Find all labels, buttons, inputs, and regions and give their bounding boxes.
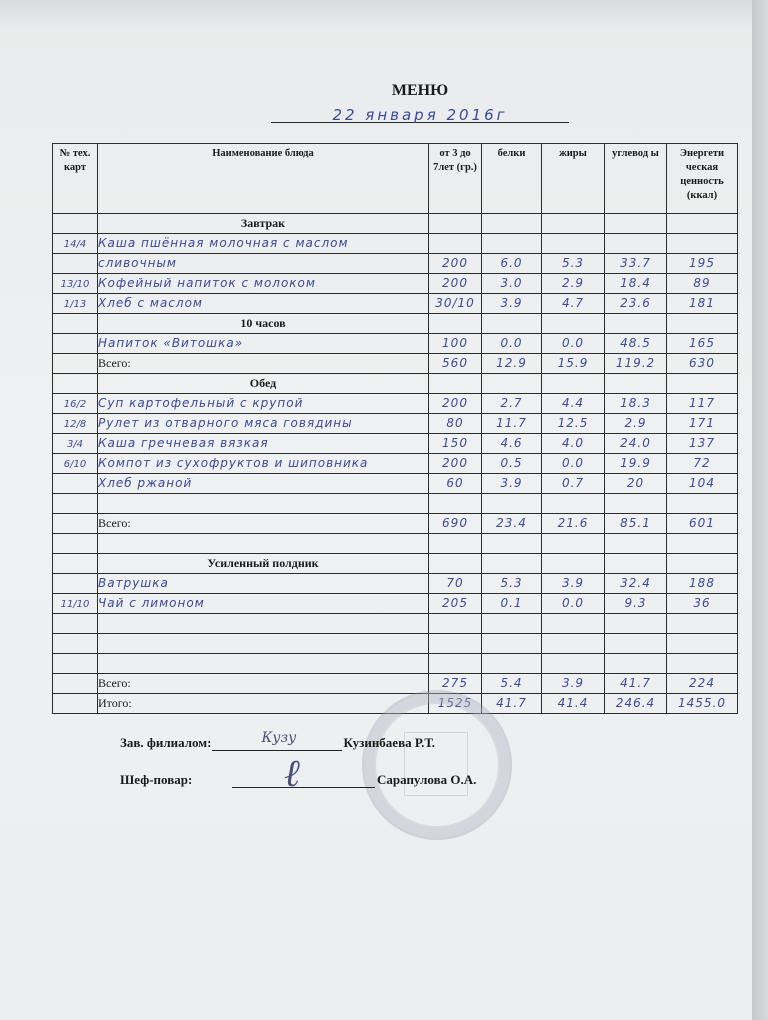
header-portion: от 3 до 7лет (гр.): [429, 144, 482, 214]
menu-table: № тех. карт Наименование блюда от 3 до 7…: [52, 143, 738, 714]
cell-portion: 150: [429, 434, 482, 454]
cell-portion: 100: [429, 334, 482, 354]
total-protein: 12.9: [482, 354, 542, 374]
total-row: Всего:56012.915.9119.2630: [53, 354, 738, 374]
table-row: 11/10Чай с лимоном2050.10.09.336: [53, 594, 738, 614]
cell-fat: 4.7: [542, 294, 605, 314]
cell-carbs: 20: [605, 474, 667, 494]
cell-protein: 0.0: [482, 334, 542, 354]
cell-carbs: 24.0: [605, 434, 667, 454]
dish-name: Каша гречневая вязкая: [98, 434, 429, 454]
cell-fat: 4.4: [542, 394, 605, 414]
cell-energy: 104: [667, 474, 738, 494]
total-fat: 21.6: [542, 514, 605, 534]
cell-carbs: 48.5: [605, 334, 667, 354]
table-row: 16/2Суп картофельный с крупой2002.74.418…: [53, 394, 738, 414]
card-number: [53, 514, 98, 534]
cell-protein: 5.3: [482, 574, 542, 594]
cell-energy: 188: [667, 574, 738, 594]
card-number: 3/4: [53, 434, 98, 454]
section-lunch: Обед: [98, 374, 429, 394]
menu-page: МЕНЮ 22 января 2016г № тех. карт Наимено…: [0, 0, 753, 1020]
cell-portion: 205: [429, 594, 482, 614]
total-label: Всего:: [98, 514, 429, 534]
cell-protein: 2.7: [482, 394, 542, 414]
table-row: Хлеб ржаной603.90.720104: [53, 474, 738, 494]
empty-row: [53, 634, 738, 654]
cell-protein: 3.9: [482, 294, 542, 314]
signature-chef-mark: ℓ: [284, 751, 300, 796]
cell-carbs: 18.3: [605, 394, 667, 414]
table-row: сливочным2006.05.333.7195: [53, 254, 738, 274]
cell-protein: 4.6: [482, 434, 542, 454]
signature-head-line: Кузу: [212, 736, 342, 751]
cell-carbs: 18.4: [605, 274, 667, 294]
cell-energy: 117: [667, 394, 738, 414]
cell-fat: 4.0: [542, 434, 605, 454]
signature-chef-role: Шеф-повар:: [120, 772, 232, 788]
cell-carbs: 32.4: [605, 574, 667, 594]
table-row: 12/8Рулет из отварного мяса говядины8011…: [53, 414, 738, 434]
card-number: [53, 694, 98, 714]
cell-portion: 200: [429, 454, 482, 474]
page-edge-shadow: [752, 0, 768, 1020]
cell-fat: 5.3: [542, 254, 605, 274]
cell-portion: 80: [429, 414, 482, 434]
cell-carbs: 23.6: [605, 294, 667, 314]
official-stamp: [362, 690, 512, 840]
table-row: 14/4Каша пшённая молочная с маслом: [53, 234, 738, 254]
section-breakfast: Завтрак: [98, 214, 429, 234]
header-protein: белки: [482, 144, 542, 214]
cell-fat: 0.0: [542, 334, 605, 354]
empty-row: [53, 494, 738, 514]
section-row: Усиленный полдник: [53, 554, 738, 574]
cell-protein: 0.1: [482, 594, 542, 614]
total-fat: 3.9: [542, 674, 605, 694]
total-label: Всего:: [98, 674, 429, 694]
header-card-no: № тех. карт: [53, 144, 98, 214]
header-dish-name: Наименование блюда: [98, 144, 429, 214]
cell-fat: 3.9: [542, 574, 605, 594]
dish-name: сливочным: [98, 254, 429, 274]
cell-portion: [429, 234, 482, 254]
page-title: МЕНЮ: [0, 82, 768, 100]
total-energy: 224: [667, 674, 738, 694]
table-row: 6/10Компот из сухофруктов и шиповника200…: [53, 454, 738, 474]
total-label: Итого:: [98, 694, 429, 714]
cell-fat: [542, 234, 605, 254]
card-number: [53, 674, 98, 694]
card-number: 1/13: [53, 294, 98, 314]
signature-head-mark: Кузу: [262, 730, 297, 746]
cell-fat: 0.0: [542, 594, 605, 614]
scan-shadow: [0, 0, 752, 30]
card-number: 6/10: [53, 454, 98, 474]
signature-head-role: Зав. филиалом:: [120, 735, 212, 751]
dish-name: Суп картофельный с крупой: [98, 394, 429, 414]
header-carbs: углевод ы: [605, 144, 667, 214]
total-carbs: 246.4: [605, 694, 667, 714]
cell-fat: 0.0: [542, 454, 605, 474]
section-ten-oclock: 10 часов: [98, 314, 429, 334]
total-carbs: 85.1: [605, 514, 667, 534]
header-energy: Энергети ческая ценность (ккал): [667, 144, 738, 214]
empty-row: [53, 534, 738, 554]
cell-carbs: 33.7: [605, 254, 667, 274]
cell-energy: 72: [667, 454, 738, 474]
cell-protein: 3.0: [482, 274, 542, 294]
table-row: 13/10Кофейный напиток с молоком2003.02.9…: [53, 274, 738, 294]
cell-fat: 12.5: [542, 414, 605, 434]
card-number: [53, 474, 98, 494]
cell-energy: 36: [667, 594, 738, 614]
cell-carbs: 9.3: [605, 594, 667, 614]
card-number: 16/2: [53, 394, 98, 414]
header-fat: жиры: [542, 144, 605, 214]
cell-portion: 200: [429, 394, 482, 414]
cell-energy: 181: [667, 294, 738, 314]
cell-protein: 11.7: [482, 414, 542, 434]
total-row: Всего:69023.421.685.1601: [53, 514, 738, 534]
dish-name: Напиток «Витошка»: [98, 334, 429, 354]
card-number: 14/4: [53, 234, 98, 254]
cell-protein: 0.5: [482, 454, 542, 474]
signature-head: Зав. филиалом:КузуКузинбаева Р.Т.: [120, 735, 435, 751]
total-protein: 5.4: [482, 674, 542, 694]
date-handwritten: 22 января 2016г: [332, 106, 507, 124]
table-row: Ватрушка705.33.932.4188: [53, 574, 738, 594]
dish-name: Кофейный напиток с молоком: [98, 274, 429, 294]
table-row: Напиток «Витошка»1000.00.048.5165: [53, 334, 738, 354]
cell-portion: 200: [429, 254, 482, 274]
section-row: Завтрак: [53, 214, 738, 234]
total-energy: 1455.0: [667, 694, 738, 714]
empty-row: [53, 654, 738, 674]
total-row: Всего:2755.43.941.7224: [53, 674, 738, 694]
cell-energy: 137: [667, 434, 738, 454]
cell-energy: 165: [667, 334, 738, 354]
cell-portion: 30/10: [429, 294, 482, 314]
header-row: № тех. карт Наименование блюда от 3 до 7…: [53, 144, 738, 214]
table-row: 3/4Каша гречневая вязкая1504.64.024.0137: [53, 434, 738, 454]
total-portion: 690: [429, 514, 482, 534]
signature-chef-line: ℓ: [232, 773, 375, 788]
total-energy: 630: [667, 354, 738, 374]
card-number: [53, 354, 98, 374]
signature-chef: Шеф-повар:ℓСарапулова О.А.: [120, 772, 476, 788]
cell-carbs: 19.9: [605, 454, 667, 474]
card-number: [53, 334, 98, 354]
total-label: Всего:: [98, 354, 429, 374]
cell-fat: 2.9: [542, 274, 605, 294]
total-energy: 601: [667, 514, 738, 534]
card-number: 12/8: [53, 414, 98, 434]
cell-energy: 171: [667, 414, 738, 434]
cell-fat: 0.7: [542, 474, 605, 494]
cell-protein: 6.0: [482, 254, 542, 274]
total-fat: 15.9: [542, 354, 605, 374]
total-portion: 560: [429, 354, 482, 374]
signature-head-name: Кузинбаева Р.Т.: [344, 735, 436, 751]
dish-name: Рулет из отварного мяса говядины: [98, 414, 429, 434]
cell-energy: 195: [667, 254, 738, 274]
section-row: 10 часов: [53, 314, 738, 334]
cell-portion: 200: [429, 274, 482, 294]
dish-name: Каша пшённая молочная с маслом: [98, 234, 429, 254]
total-protein: 41.7: [482, 694, 542, 714]
section-row: Обед: [53, 374, 738, 394]
signature-chef-name: Сарапулова О.А.: [377, 772, 476, 788]
dish-name: Хлеб ржаной: [98, 474, 429, 494]
dish-name: Чай с лимоном: [98, 594, 429, 614]
cell-carbs: 2.9: [605, 414, 667, 434]
total-carbs: 119.2: [605, 354, 667, 374]
table-row: 1/13Хлеб с маслом30/103.94.723.6181: [53, 294, 738, 314]
cell-protein: 3.9: [482, 474, 542, 494]
dish-name: Хлеб с маслом: [98, 294, 429, 314]
cell-portion: 70: [429, 574, 482, 594]
total-fat: 41.4: [542, 694, 605, 714]
cell-carbs: [605, 234, 667, 254]
cell-portion: 60: [429, 474, 482, 494]
empty-row: [53, 614, 738, 634]
card-number: [53, 574, 98, 594]
cell-energy: 89: [667, 274, 738, 294]
section-snack: Усиленный полдник: [98, 554, 429, 574]
cell-energy: [667, 234, 738, 254]
dish-name: Ватрушка: [98, 574, 429, 594]
cell-protein: [482, 234, 542, 254]
card-number: [53, 254, 98, 274]
total-carbs: 41.7: [605, 674, 667, 694]
card-number: 11/10: [53, 594, 98, 614]
date-line: 22 января 2016г: [271, 104, 569, 123]
total-protein: 23.4: [482, 514, 542, 534]
card-number: 13/10: [53, 274, 98, 294]
dish-name: Компот из сухофруктов и шиповника: [98, 454, 429, 474]
